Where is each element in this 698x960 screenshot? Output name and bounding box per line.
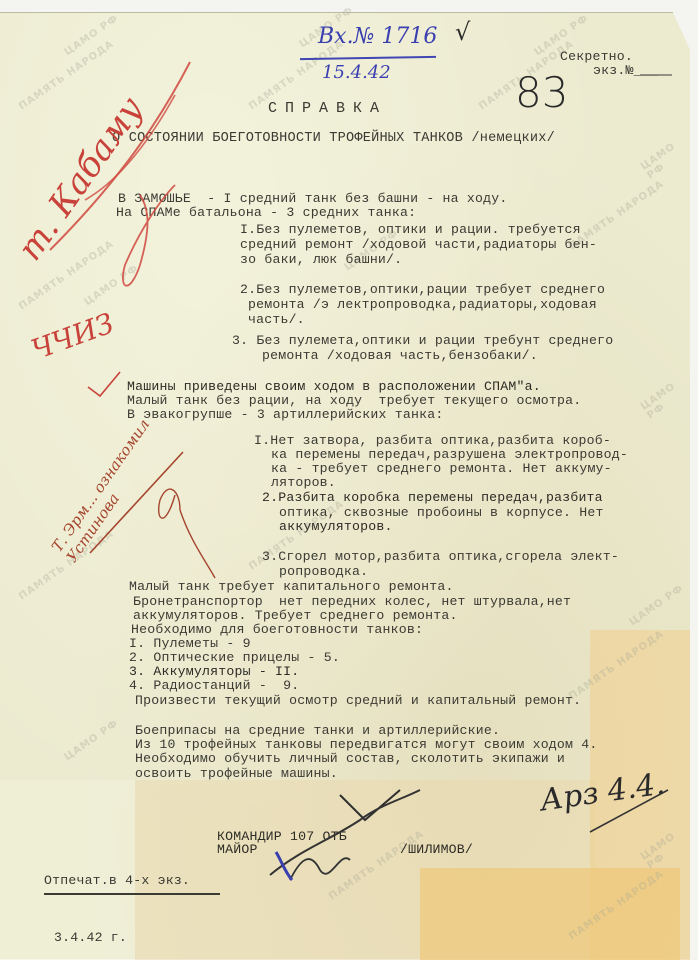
body-line: Необходимо для боеготовности танков: — [131, 622, 423, 637]
signatory-rank: МАЙОР — [217, 842, 258, 857]
body-line: I.Нет затвора, разбита оптика,разбита ко… — [254, 433, 611, 448]
body-line: В ЗАМОШЬЕ - I средний танк без башни - н… — [118, 191, 507, 206]
signatory-name: /ШИЛИМОВ/ — [400, 842, 473, 857]
body-line: ляторов. — [271, 475, 336, 490]
body-line: Из 10 трофейных танковы передвигатся мог… — [135, 737, 598, 752]
body-line: 3. Аккумуляторы - II. — [129, 664, 299, 679]
copy-number-label: экз.№___ — [593, 63, 658, 78]
body-line: оптика, сквозные пробоины в корпусе. Нет — [279, 505, 604, 520]
body-line: часть/. — [248, 312, 305, 327]
body-line: Малый танк без рации, на ходу требует те… — [127, 393, 581, 408]
body-line: аккумуляторов. — [279, 519, 393, 534]
body-line: Произвести текущий осмотр средний и капи… — [135, 693, 581, 708]
body-line: средний ремонт /ходовой части,радиаторы … — [240, 237, 597, 252]
print-note-underline — [44, 893, 220, 895]
body-line: зо баки, люк башни/. — [240, 252, 402, 267]
body-line: 2. Оптические прицелы - 5. — [129, 650, 340, 665]
body-line: 3. Без пулемета,оптики и рации требунт с… — [232, 333, 613, 348]
classification-label: Секретно. — [560, 49, 633, 64]
body-line: Боеприпасы на средние танки и артиллерий… — [135, 723, 500, 738]
body-line: ремонта /ходовая часть,бензобаки/. — [262, 348, 538, 363]
body-line: I. Пулеметы - 9 — [129, 636, 251, 651]
body-line: Машины приведены своим ходом в расположе… — [127, 379, 541, 394]
incoming-date: 15.4.42 — [322, 62, 391, 83]
body-line: 4. Радиостанций - 9. — [129, 678, 299, 693]
body-line: аккумуляторов. Требует среднего ремонта. — [133, 608, 458, 623]
incoming-number: Вх.№ 1716 — [318, 24, 437, 49]
document-date: 3.4.42 г. — [54, 930, 127, 945]
tape-stain — [420, 868, 680, 960]
body-line: ропроводка. — [279, 564, 368, 579]
body-line: 2.Без пулеметов,оптики,рации требует сре… — [240, 282, 605, 297]
body-line: 3.Сгорел мотор,разбита оптика,сгорела эл… — [262, 549, 619, 564]
sheet-number: 83 — [515, 68, 568, 117]
body-line: I.Без пулеметов, оптики и рации. требует… — [240, 222, 581, 237]
document-title: СПРАВКА — [268, 100, 387, 117]
body-line: ка перемены передач,разрушена электропро… — [271, 447, 628, 462]
document-subtitle: О СОСТОЯНИИ БОЕГОТОВНОСТИ ТРОФЕЙНЫХ ТАНК… — [112, 131, 555, 146]
print-note: Отпечат.в 4-х экз. — [44, 873, 190, 888]
body-line: ремонта /э лектропроводка,радиаторы,ходо… — [248, 297, 597, 312]
body-line: Необходимо обучить личный состав, сколот… — [135, 751, 565, 766]
body-line: Малый танк требует капитального ремонта. — [129, 579, 454, 594]
body-line: освоить трофейные машины. — [135, 766, 338, 781]
body-line: На СПАМе батальона - 3 средних танка: — [116, 205, 416, 220]
body-line: Бронетранспортор нет передних колес, нет… — [133, 594, 571, 609]
check-mark: √ — [455, 18, 470, 46]
body-line: 2.Разбита коробка перемены передач,разби… — [262, 490, 603, 505]
body-line: ка - требует среднего ремонта. Нет аккум… — [271, 461, 612, 476]
